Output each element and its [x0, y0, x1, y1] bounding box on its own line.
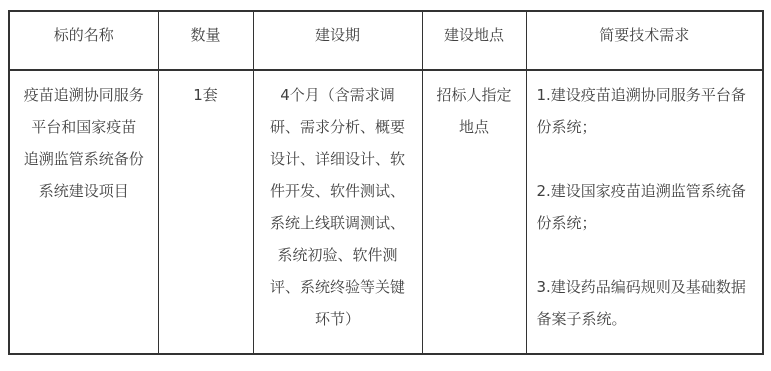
col-header-quantity: 数量 [158, 11, 253, 70]
col-header-construction-period: 建设期 [253, 11, 422, 70]
requirement-item-2: 2.建设国家疫苗追溯监管系统备份系统； [537, 175, 753, 239]
col-header-subject-name: 标的名称 [9, 11, 158, 70]
table-header-row: 标的名称 数量 建设期 建设地点 简要技术需求 [9, 11, 763, 70]
requirement-item-1: 1.建设疫苗追溯协同服务平台备份系统； [537, 79, 753, 143]
procurement-table: 标的名称 数量 建设期 建设地点 简要技术需求 疫苗追溯协同服务 平台和国家疫苗… [8, 10, 764, 355]
col-header-construction-location: 建设地点 [422, 11, 526, 70]
table-row: 疫苗追溯协同服务 平台和国家疫苗 追溯监管系统备份 系统建设项目 1套 4个月（… [9, 70, 763, 354]
cell-technical-requirements: 1.建设疫苗追溯协同服务平台备份系统； 2.建设国家疫苗追溯监管系统备份系统； … [526, 70, 763, 354]
requirement-item-3: 3.建设药品编码规则及基础数据备案子系统。 [537, 271, 753, 335]
cell-construction-location: 招标人指定 地点 [422, 70, 526, 354]
col-header-technical-requirements: 简要技术需求 [526, 11, 763, 70]
cell-quantity: 1套 [158, 70, 253, 354]
cell-subject-name: 疫苗追溯协同服务 平台和国家疫苗 追溯监管系统备份 系统建设项目 [9, 70, 158, 354]
cell-construction-period: 4个月（含需求调 研、需求分析、概要 设计、详细设计、软 件开发、软件测试、 系… [253, 70, 422, 354]
